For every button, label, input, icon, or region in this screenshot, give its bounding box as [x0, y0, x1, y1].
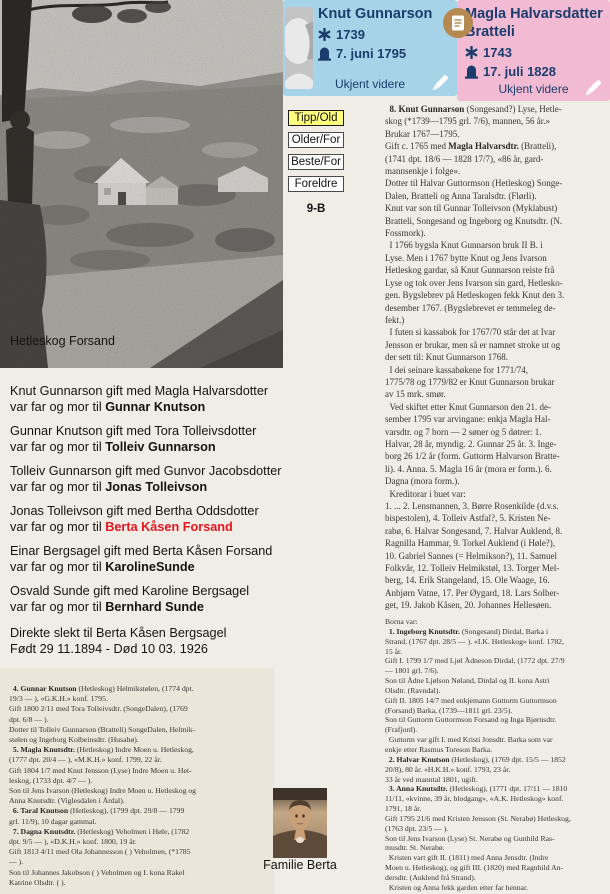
portrait-photo[interactable] [273, 788, 327, 858]
lineage-couple: Osvald Sunde gift med Karoline Bergsagel [10, 584, 370, 600]
lineage-couple: Tolleiv Gunnarson gift med Gunvor Jacobs… [10, 464, 370, 480]
pencil-icon[interactable] [584, 78, 603, 97]
lineage-child-line: var far og mor til Berta Kåsen Forsand [10, 520, 370, 536]
lineage-footer-line2: Født 29 11.1894 - Død 10 03. 1926 [10, 642, 370, 658]
lineage-couple: Einar Bergsagel gift med Berta Kåsen For… [10, 544, 370, 560]
lineage-prefix: var far og mor til [10, 440, 105, 454]
lineage-child-name: Tolleiv Gunnarson [105, 440, 215, 454]
lineage-child-name: Bernhard Sunde [105, 600, 204, 614]
lineage-child-line: var far og mor til Tolleiv Gunnarson [10, 440, 370, 456]
lineage-entry: Gunnar Knutson gift med Tora Tolleivsdot… [10, 424, 370, 455]
lineage-child-line: var far og mor til KarolineSunde [10, 560, 370, 576]
nav-button-beste-for[interactable]: Beste/For [288, 154, 344, 170]
lineage-prefix: var far og mor til [10, 480, 105, 494]
lineage-child-line: var far og mor til Gunnar Knutson [10, 400, 370, 416]
birth-row: 1743 [465, 45, 606, 60]
birth-star-icon [465, 46, 478, 59]
nav-button-foreldre[interactable]: Foreldre [288, 176, 344, 192]
lineage-prefix: var far og mor til [10, 400, 105, 414]
grave-icon [465, 64, 478, 79]
genealogy-page: Hetleskog Forsand Knut Gunnarson [0, 0, 610, 894]
lineage-entry: Knut Gunnarson gift med Magla Halvarsdot… [10, 384, 370, 415]
lineage-entry: Osvald Sunde gift med Karoline Bergsagel… [10, 584, 370, 615]
person-card-husband[interactable]: Knut Gunnarson 1739 7. juni 1795 [283, 0, 457, 96]
lineage-summary: Knut Gunnarson gift med Magla Halvarsdot… [10, 384, 370, 657]
death-row: 7. juni 1795 [318, 46, 457, 61]
lineage-child-name: Jonas Tolleivson [105, 480, 207, 494]
lineage-prefix: var far og mor til [10, 560, 105, 574]
nav-button-older-for[interactable]: Older/For [288, 132, 344, 148]
generation-nav: Tipp/Old Older/For Beste/For Foreldre 9-… [288, 110, 344, 215]
page-reference-label: 9-B [288, 203, 344, 215]
book-text-main: 8. Knut Gunnarson (Songesand?) Lyse, Het… [385, 103, 610, 612]
lineage-entry: Einar Bergsagel gift med Berta Kåsen For… [10, 544, 370, 575]
lineage-footer: Direkte slekt til Berta Kåsen Bergsagel … [10, 626, 370, 657]
person-name: Magla Halvarsdatter Bratteli [465, 5, 606, 41]
lineage-child-name-highlighted: Berta Kåsen Forsand [105, 520, 233, 534]
birth-star-icon [318, 28, 331, 41]
lineage-child-name: KarolineSunde [105, 560, 195, 574]
document-note-icon[interactable] [443, 8, 473, 38]
photo-caption: Hetleskog Forsand [10, 334, 115, 348]
lineage-prefix: var far og mor til [10, 520, 105, 534]
lineage-footer-line1: Direkte slekt til Berta Kåsen Bergsagel [10, 626, 370, 642]
death-row: 17. juli 1828 [465, 64, 606, 79]
book-text-children-right: Borna var: 1. Ingeborg Knutsdtr. (Songes… [385, 617, 610, 893]
birth-date: 1743 [483, 45, 512, 60]
lineage-entry: Jonas Tolleivson gift med Bertha Oddsdot… [10, 504, 370, 535]
person-name: Knut Gunnarson [318, 5, 457, 23]
landscape-photo[interactable]: Hetleskog Forsand [0, 0, 283, 368]
death-date: 7. juni 1795 [336, 46, 406, 61]
grave-icon [318, 46, 331, 61]
person-card-wife[interactable]: Magla Halvarsdatter Bratteli 1743 17. ju… [457, 0, 610, 101]
birth-row: 1739 [318, 27, 457, 42]
portrait-caption: Familie Berta [250, 858, 350, 872]
lineage-child-name: Gunnar Knutson [105, 400, 205, 414]
death-date: 17. juli 1828 [483, 64, 556, 79]
birth-date: 1739 [336, 27, 365, 42]
pencil-icon[interactable] [431, 73, 450, 92]
book-text-children-left: 4. Gunnar Knutson (Hetleskog) Helmikstøl… [0, 668, 274, 894]
lineage-couple: Gunnar Knutson gift med Tora Tolleivsdot… [10, 424, 370, 440]
lineage-couple: Jonas Tolleivson gift med Bertha Oddsdot… [10, 504, 370, 520]
portrait-photo-image [273, 788, 327, 858]
lineage-entry: Tolleiv Gunnarson gift med Gunvor Jacobs… [10, 464, 370, 495]
lineage-child-line: var far og mor til Bernhard Sunde [10, 600, 370, 616]
nav-button-tipp-old[interactable]: Tipp/Old [288, 110, 344, 126]
landscape-photo-image [0, 0, 283, 368]
lineage-child-line: var far og mor til Jonas Tolleivson [10, 480, 370, 496]
lineage-couple: Knut Gunnarson gift med Magla Halvarsdot… [10, 384, 370, 400]
lineage-prefix: var far og mor til [10, 600, 105, 614]
